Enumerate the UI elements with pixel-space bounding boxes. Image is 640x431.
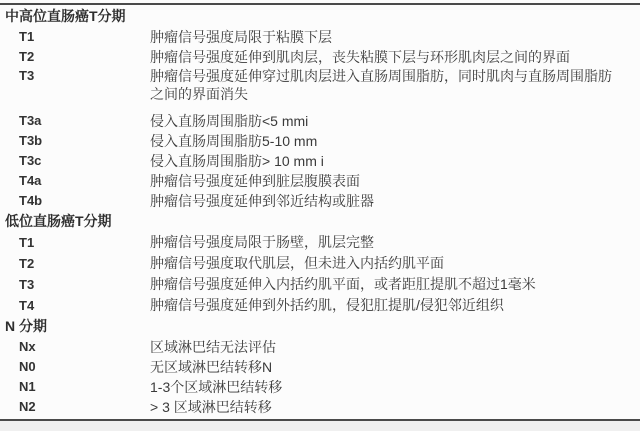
stage-label: T3b <box>0 131 150 151</box>
section-mid-high-t-staging: 中高位直肠癌T分期 T1 肿瘤信号强度局限于粘膜下层 T2 肿瘤信号强度延伸到肌… <box>0 6 640 211</box>
stage-description: 侵入直肠周围脂肪5-10 mm <box>150 131 640 151</box>
table-row: T2 肿瘤信号强度延伸到肌肉层，丧失粘膜下层与环形肌肉层之间的界面 <box>0 47 640 67</box>
table-row: T3c 侵入直肠周围脂肪> 10 mm i <box>0 151 640 171</box>
stage-label: T2 <box>0 253 150 274</box>
stage-label: N0 <box>0 357 150 377</box>
stage-description: 区域淋巴结无法评估 <box>150 337 640 357</box>
stage-description: 无区域淋巴结转移N <box>150 357 640 377</box>
stage-label: T1 <box>0 232 150 253</box>
staging-document-page: 中高位直肠癌T分期 T1 肿瘤信号强度局限于粘膜下层 T2 肿瘤信号强度延伸到肌… <box>0 0 640 431</box>
stage-label: T1 <box>0 27 150 47</box>
stage-description: 肿瘤信号强度局限于肠壁，肌层完整 <box>150 232 640 253</box>
table-row: T3a 侵入直肠周围脂肪<5 mmi <box>0 111 640 131</box>
table-row: T3b 侵入直肠周围脂肪5-10 mm <box>0 131 640 151</box>
stage-description: 肿瘤信号强度延伸到邻近结构或脏器 <box>150 191 640 211</box>
stage-label: T4b <box>0 191 150 211</box>
stage-label: T3c <box>0 151 150 171</box>
stage-label: N1 <box>0 377 150 397</box>
section-low-t-staging: 低位直肠癌T分期 T1 肿瘤信号强度局限于肠壁，肌层完整 T2 肿瘤信号强度取代… <box>0 211 640 316</box>
stage-label: T4a <box>0 171 150 191</box>
stage-label: T4 <box>0 295 150 316</box>
table-row: T4 肿瘤信号强度延伸到外括约肌，侵犯肛提肌/侵犯邻近组织 <box>0 295 640 316</box>
stage-description: 肿瘤信号强度延伸到肌肉层，丧失粘膜下层与环形肌肉层之间的界面 <box>150 47 640 67</box>
stage-description: 肿瘤信号强度延伸入内括约肌平面，或者距肛提肌不超过1毫米 <box>150 274 640 295</box>
table-row: T4b 肿瘤信号强度延伸到邻近结构或脏器 <box>0 191 640 211</box>
section-header: 中高位直肠癌T分期 <box>0 6 640 27</box>
below-table-band <box>0 421 640 431</box>
section-n-staging: N 分期 Nx 区域淋巴结无法评估 N0 无区域淋巴结转移N N1 1-3个区域… <box>0 316 640 417</box>
table-row: T2 肿瘤信号强度取代肌层，但未进入内括约肌平面 <box>0 253 640 274</box>
stage-description: 侵入直肠周围脂肪<5 mmi <box>150 111 640 131</box>
top-rule <box>0 3 640 5</box>
stage-description: > 3 区域淋巴结转移 <box>150 397 640 417</box>
section-header: N 分期 <box>0 316 640 337</box>
stage-label: T2 <box>0 47 150 67</box>
staging-table: 中高位直肠癌T分期 T1 肿瘤信号强度局限于粘膜下层 T2 肿瘤信号强度延伸到肌… <box>0 6 640 417</box>
table-row: T1 肿瘤信号强度局限于肠壁，肌层完整 <box>0 232 640 253</box>
table-row: N0 无区域淋巴结转移N <box>0 357 640 377</box>
table-row: T1 肿瘤信号强度局限于粘膜下层 <box>0 27 640 47</box>
stage-description: 肿瘤信号强度延伸到外括约肌，侵犯肛提肌/侵犯邻近组织 <box>150 295 640 316</box>
table-row: N2 > 3 区域淋巴结转移 <box>0 397 640 417</box>
table-row: T4a 肿瘤信号强度延伸到脏层腹膜表面 <box>0 171 640 191</box>
stage-label: T3a <box>0 111 150 131</box>
stage-label: T3 <box>0 274 150 295</box>
stage-description: 肿瘤信号强度延伸到脏层腹膜表面 <box>150 171 640 191</box>
stage-description: 肿瘤信号强度局限于粘膜下层 <box>150 27 640 47</box>
table-row: N1 1-3个区域淋巴结转移 <box>0 377 640 397</box>
table-row: Nx 区域淋巴结无法评估 <box>0 337 640 357</box>
table-row: T3 肿瘤信号强度延伸穿过肌肉层进入直肠周围脂肪，同时肌肉与直肠周围脂肪 之间的… <box>0 67 640 103</box>
stage-description: 侵入直肠周围脂肪> 10 mm i <box>150 151 640 171</box>
table-row: T3 肿瘤信号强度延伸入内括约肌平面，或者距肛提肌不超过1毫米 <box>0 274 640 295</box>
stage-label: N2 <box>0 397 150 417</box>
stage-description: 1-3个区域淋巴结转移 <box>150 377 640 397</box>
stage-label: Nx <box>0 337 150 357</box>
stage-label: T3 <box>0 67 150 85</box>
section-header: 低位直肠癌T分期 <box>0 211 640 232</box>
stage-description: 肿瘤信号强度取代肌层，但未进入内括约肌平面 <box>150 253 640 274</box>
stage-description: 肿瘤信号强度延伸穿过肌肉层进入直肠周围脂肪，同时肌肉与直肠周围脂肪 之间的界面消… <box>150 67 640 103</box>
